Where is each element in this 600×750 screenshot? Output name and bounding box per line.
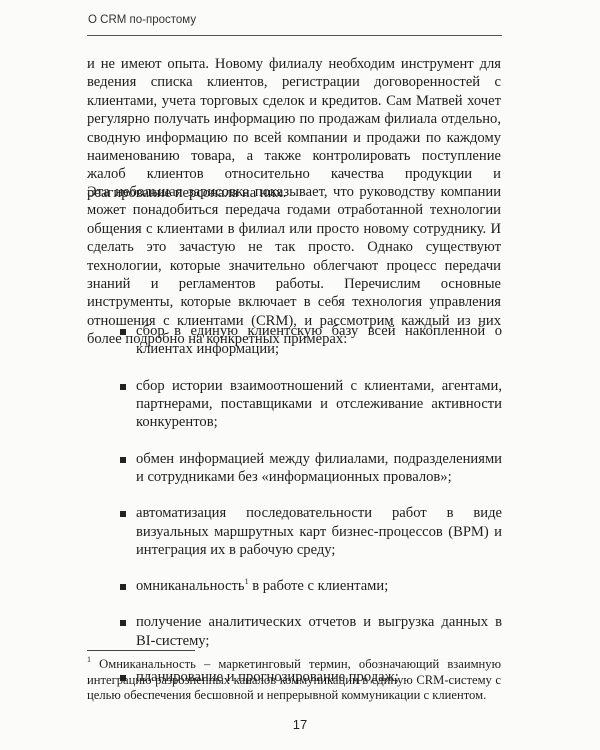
book-page: О CRM по-простому и не имеют опыта. Ново… xyxy=(0,0,600,750)
list-item: омниканальность1 в работе с клиентами; xyxy=(118,577,502,595)
footnote-rule xyxy=(87,650,195,651)
list-item-text: омниканальность xyxy=(136,578,245,594)
square-bullet-icon xyxy=(120,457,126,463)
list-item-text: обмен информацией между филиалами, подра… xyxy=(136,451,502,485)
square-bullet-icon xyxy=(120,511,126,517)
running-header: О CRM по-простому xyxy=(88,14,196,26)
list-item-text: получение аналитических отчетов и выгруз… xyxy=(136,614,502,648)
footnote: 1 Омниканальность – маркетинговый термин… xyxy=(87,657,501,704)
list-item-text: сбор истории взаимоотношений с клиентами… xyxy=(136,378,502,431)
square-bullet-icon xyxy=(120,584,126,590)
header-rule xyxy=(87,35,502,36)
list-item: автоматизация последовательности работ в… xyxy=(118,504,502,559)
square-bullet-icon xyxy=(120,329,126,335)
list-item-text-cont: в работе с клиентами; xyxy=(249,578,389,594)
square-bullet-icon xyxy=(120,620,126,626)
square-bullet-icon xyxy=(120,384,126,390)
list-item-text: автоматизация последовательности работ в… xyxy=(136,505,502,558)
list-item: сбор в единую клиентскую базу всей накоп… xyxy=(118,322,502,359)
paragraph-1: и не имеют опыта. Новому филиалу необход… xyxy=(87,55,501,202)
list-item: получение аналитических отчетов и выгруз… xyxy=(118,613,502,650)
tools-list: сбор в единую клиентскую базу всей накоп… xyxy=(118,322,502,704)
page-number: 17 xyxy=(0,717,600,732)
list-item: сбор истории взаимоотношений с клиентами… xyxy=(118,377,502,432)
footnote-text: Омниканальность – маркетинговый термин, … xyxy=(87,657,501,702)
list-item: обмен информацией между филиалами, подра… xyxy=(118,450,502,487)
list-item-text: сбор в единую клиентскую базу всей накоп… xyxy=(136,323,502,357)
